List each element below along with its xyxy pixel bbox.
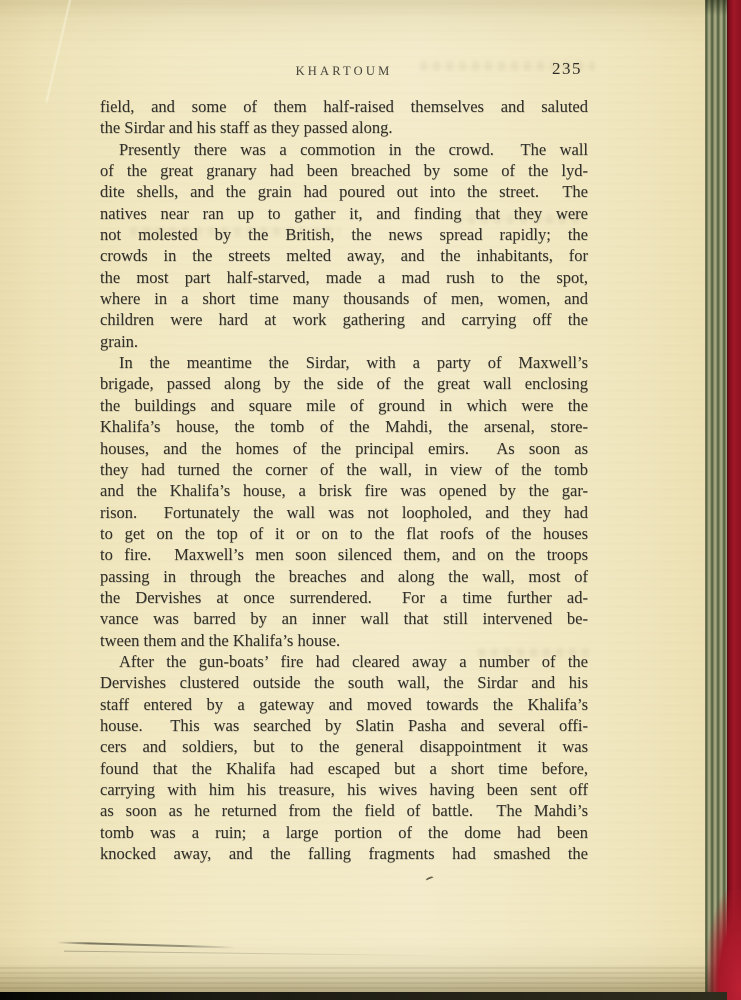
text-line: the most part half-starved, made a mad r… — [100, 267, 588, 288]
page-header: KHARTOUM 235 — [100, 61, 588, 83]
text-line: where in a short time many thousands of … — [100, 288, 588, 309]
text-line: the Dervishes at once surrendered. For a… — [100, 587, 588, 608]
text-line: Khalifa’s house, the tomb of the Mahdi, … — [100, 416, 588, 437]
text-line: tween them and the Khalifa’s house. — [100, 630, 588, 651]
text-line: passing in through the breaches and alon… — [100, 566, 588, 587]
body-text: field, and some of them half-raised them… — [100, 96, 588, 864]
text-line: natives near ran up to gather it, and fi… — [100, 203, 588, 224]
text-line: they had turned the corner of the wall, … — [100, 459, 588, 480]
text-line: found that the Khalifa had escaped but a… — [100, 758, 588, 779]
scan-bottom-edge — [0, 992, 727, 1000]
text-line: grain. — [100, 331, 588, 352]
text-line: Dervishes clustered outside the south wa… — [100, 672, 588, 693]
book-cover — [727, 0, 741, 1000]
text-line: and the Khalifa’s house, a brisk fire wa… — [100, 480, 588, 501]
text-line: crowds in the streets melted away, and t… — [100, 245, 588, 266]
text-line: brigade, passed along by the side of the… — [100, 373, 588, 394]
cover-fold — [707, 890, 741, 1000]
text-line: the Sirdar and his staff as they passed … — [100, 117, 588, 138]
text-line: cers and soldiers, but to the general di… — [100, 736, 588, 757]
text-line: the buildings and square mile of ground … — [100, 395, 588, 416]
text-line: In the meantime the Sirdar, with a party… — [100, 352, 588, 373]
text-line: carrying with him his treasure, his wive… — [100, 779, 588, 800]
text-line: field, and some of them half-raised them… — [100, 96, 588, 117]
text-line: as soon as he returned from the field of… — [100, 800, 588, 821]
text-line: staff entered by a gateway and moved tow… — [100, 694, 588, 715]
text-line: vance was barred by an inner wall that s… — [100, 608, 588, 629]
text-line: tomb was a ruin; a large portion of the … — [100, 822, 588, 843]
text-line: After the gun-boats’ fire had cleared aw… — [100, 651, 588, 672]
text-line: knocked away, and the falling fragments … — [100, 843, 588, 864]
text-line: children were hard at work gathering and… — [100, 309, 588, 330]
page-number: 235 — [552, 59, 582, 79]
text-line: to fire. Maxwell’s men soon silenced the… — [100, 544, 588, 565]
bottom-page-edges — [0, 964, 706, 992]
fore-edge-pages — [705, 0, 729, 1000]
text-line: of the great granary had been breached b… — [100, 160, 588, 181]
text-line: Presently there was a commotion in the c… — [100, 139, 588, 160]
book-scan: KHARTOUM 235 field, and some of them hal… — [0, 0, 741, 1000]
text-line: to get on the top of it or on to the fla… — [100, 523, 588, 544]
text-line: houses, and the homes of the principal e… — [100, 438, 588, 459]
text-line: rison. Fortunately the wall was not loop… — [100, 502, 588, 523]
text-line: dite shells, and the grain had poured ou… — [100, 181, 588, 202]
text-line: house. This was searched by Slatin Pasha… — [100, 715, 588, 736]
running-header: KHARTOUM — [100, 64, 588, 79]
text-line: not molested by the British, the news sp… — [100, 224, 588, 245]
